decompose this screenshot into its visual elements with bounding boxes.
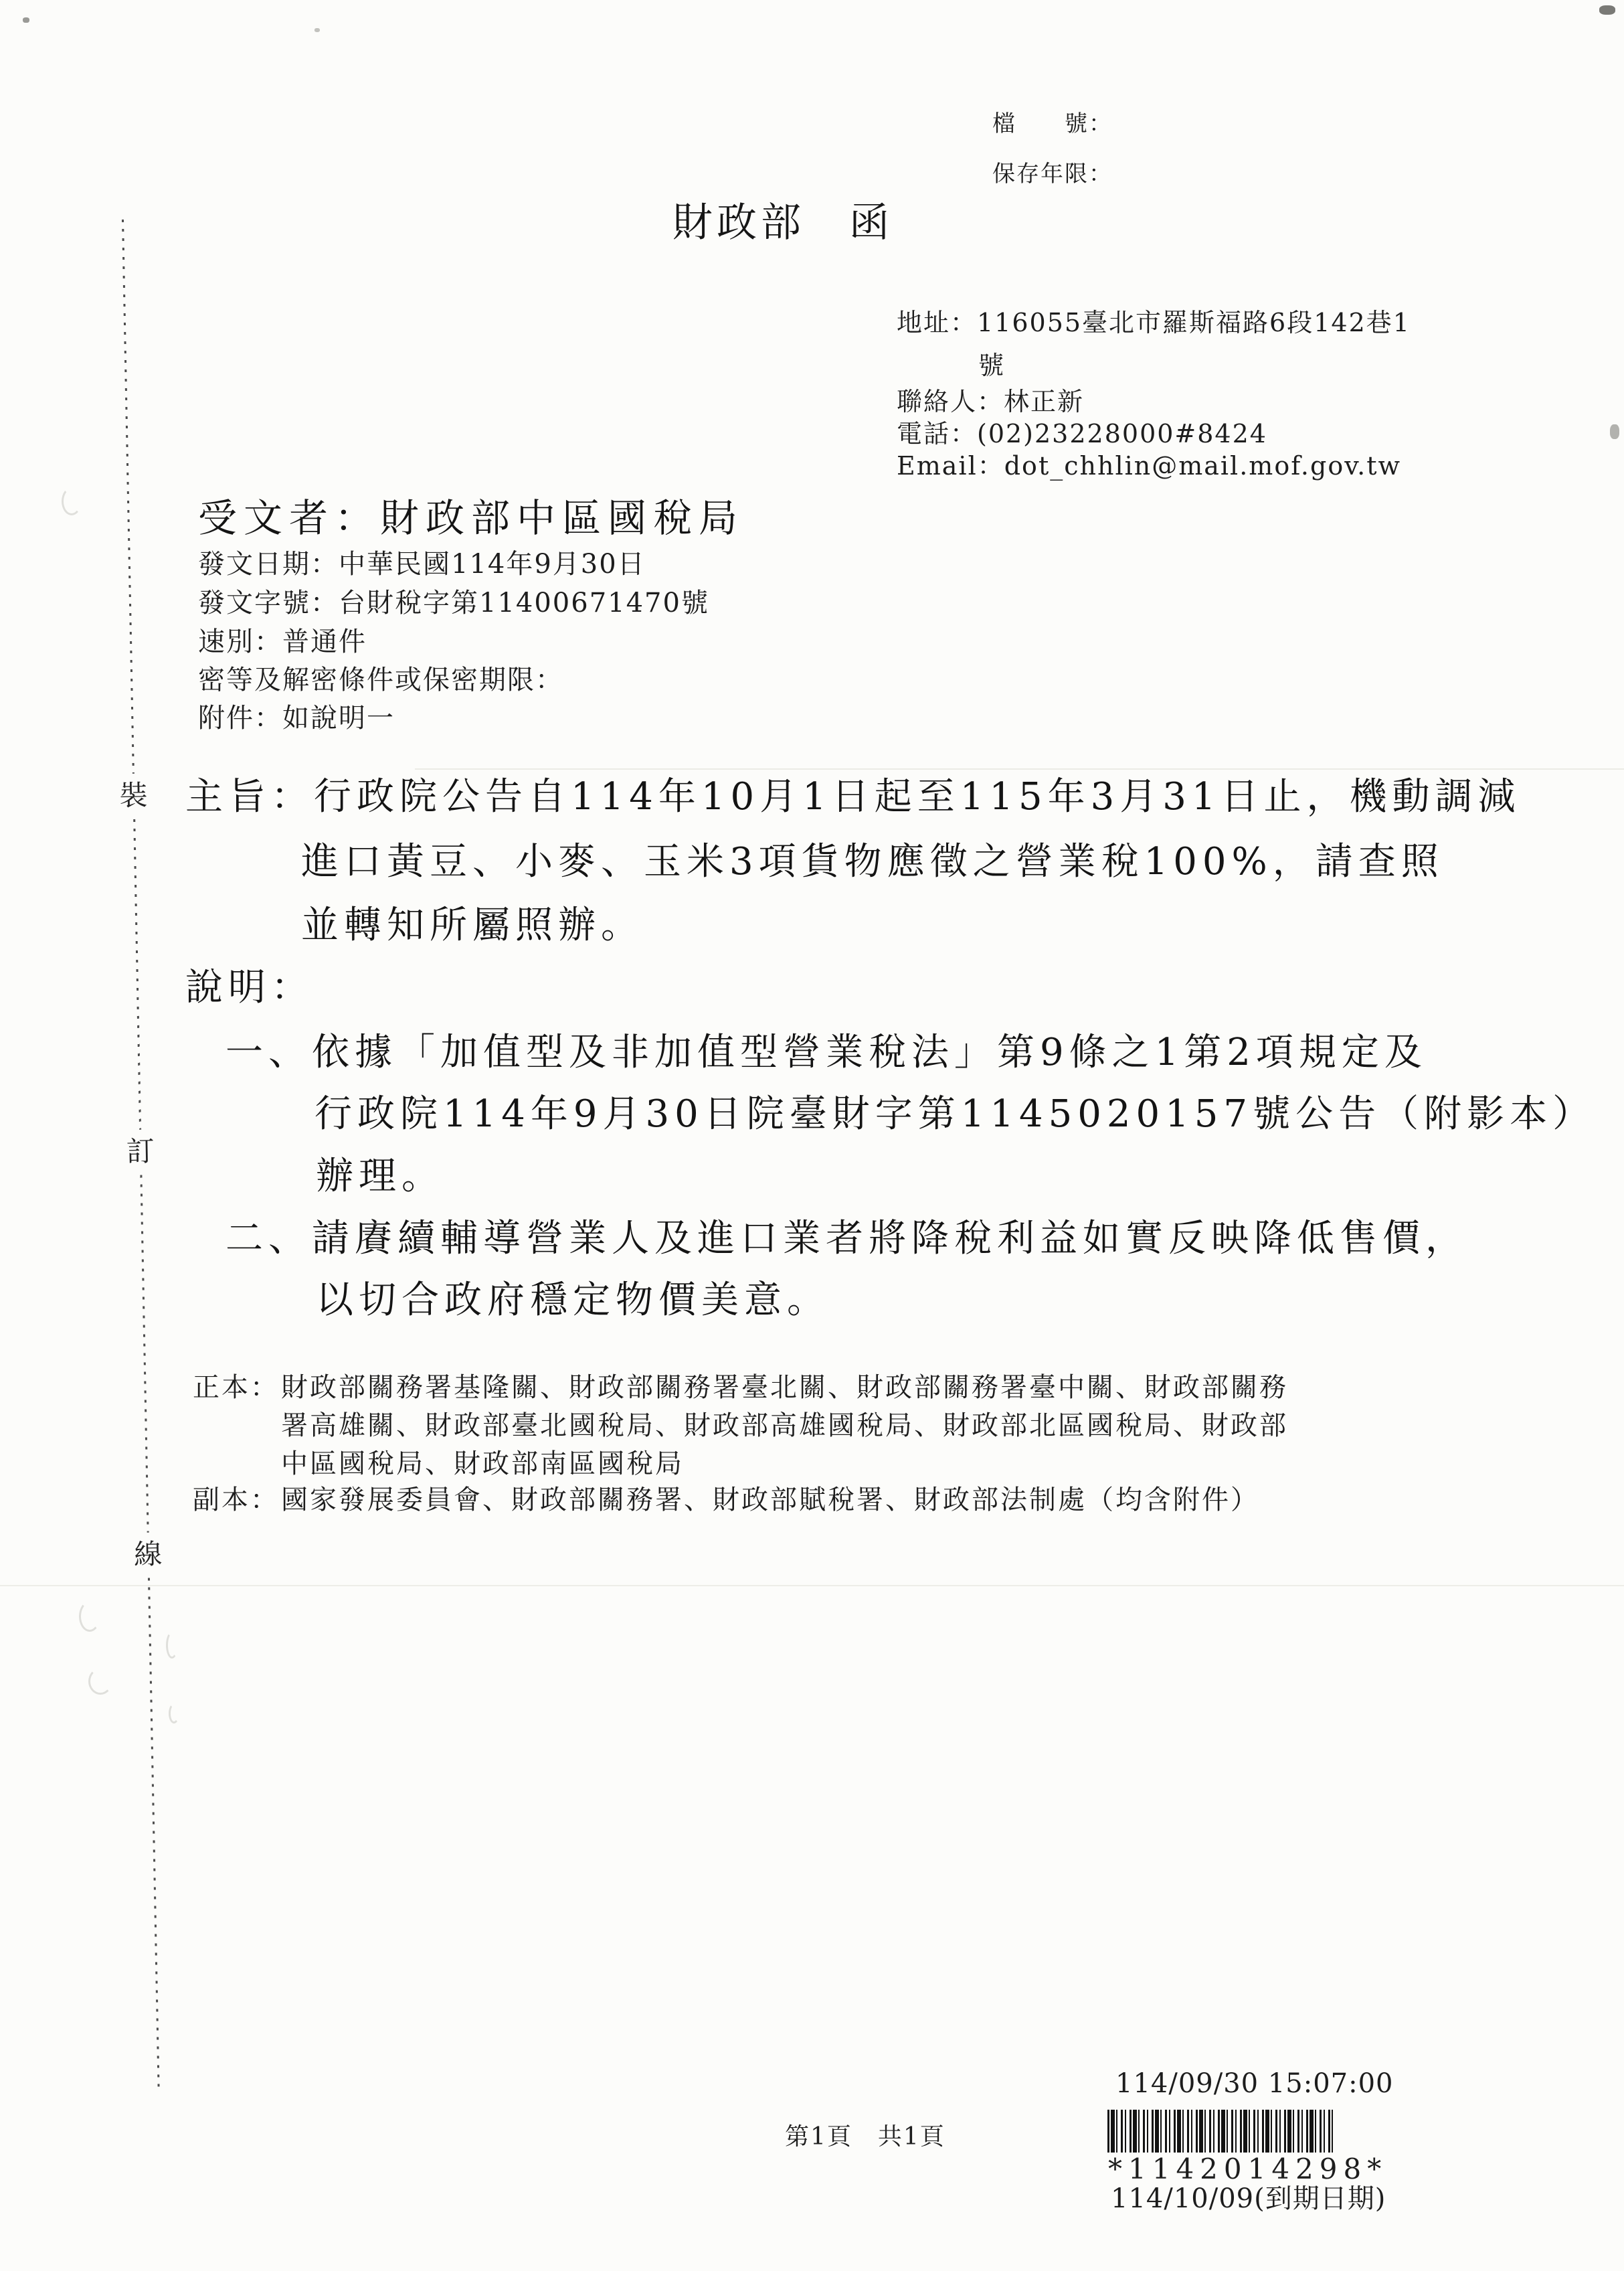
- recipient-line: 受文者：財政部中區國稅局: [198, 495, 744, 541]
- scan-artifact: [314, 28, 320, 32]
- original-copy-line: 中區國稅局、財政部南區國稅局: [281, 1448, 684, 1480]
- scan-fold-line: [0, 1585, 1624, 1586]
- stamp-datetime: 114/09/30 15:07:00: [1115, 2068, 1393, 2100]
- description-item2-line: 請賡續輔導營業人及進口業者將降稅利益如實反映降低售價，: [312, 1217, 1468, 1261]
- description-item1-line: 辦理。: [316, 1155, 444, 1199]
- carbon-copy-label: 副本：: [193, 1485, 279, 1516]
- scan-artifact: [166, 1632, 178, 1659]
- carbon-copy-line: 國家發展委員會、財政部關務署、財政部賦稅署、財政部法制處（均含附件）: [281, 1485, 1259, 1516]
- file-number-label: 檔 號：: [992, 110, 1113, 137]
- barcode-number: *1142014298*: [1108, 2153, 1387, 2186]
- sender-email: Email：dot_chhlin@mail.mof.gov.tw: [897, 451, 1401, 481]
- meta-issue-date: 發文日期：中華民國114年9月30日: [198, 549, 646, 580]
- subject-line: 並轉知所屬照辦。: [301, 904, 644, 948]
- scan-fold-line: [415, 768, 1624, 770]
- retention-period-label: 保存年限：: [992, 161, 1113, 187]
- document-title: 財政部 函: [672, 199, 893, 247]
- document-page: 裝 訂 線 檔 號： 保存年限： 財政部 函 地址：116055臺北市羅斯福路6…: [0, 0, 1624, 2271]
- subject-line: 主旨：行政院公告自114年10月1日起至115年3月31日止，機動調減: [185, 775, 1521, 819]
- scan-artifact: [79, 1601, 100, 1632]
- sender-contact: 聯絡人：林正新: [897, 387, 1084, 417]
- scan-artifact: [62, 487, 82, 515]
- binding-mark-zhuang: 裝: [118, 773, 149, 814]
- original-copy-line: 財政部關務署基隆關、財政部關務署臺北關、財政部關務署臺中關、財政部關務: [281, 1372, 1288, 1404]
- subject-line: 進口黃豆、小麥、玉米3項貨物應徵之營業稅100%，請查照: [301, 840, 1444, 884]
- scan-artifact: [1599, 5, 1615, 15]
- binding-mark-ding: 訂: [124, 1129, 156, 1170]
- original-copy-label: 正本：: [193, 1372, 279, 1404]
- expiry-date: 114/10/09(到期日期): [1111, 2183, 1386, 2215]
- description-item2-bullet: 二、: [225, 1217, 311, 1261]
- binding-margin: 裝 訂 線: [106, 220, 175, 2087]
- page-number: 第1頁 共1頁: [785, 2123, 945, 2151]
- scan-artifact: [1610, 424, 1619, 439]
- description-item1-line: 行政院114年9月30日院臺財字第1145020157號公告（附影本）: [314, 1092, 1595, 1137]
- binding-mark-xian: 線: [132, 1532, 164, 1573]
- meta-speed: 速別：普通件: [198, 626, 367, 658]
- barcode: [1107, 2110, 1333, 2153]
- sender-phone: 電話：(02)23228000#8424: [897, 419, 1267, 449]
- meta-security: 密等及解密條件或保密期限：: [198, 665, 563, 696]
- description-item2-line: 以切合政府穩定物價美意。: [316, 1278, 830, 1323]
- sender-address-line1: 地址：116055臺北市羅斯福路6段142巷1: [897, 308, 1411, 338]
- scan-artifact: [169, 1703, 179, 1723]
- description-item1-bullet: 一、: [225, 1031, 311, 1075]
- meta-attachment: 附件：如說明一: [198, 703, 395, 734]
- original-copy-line: 署高雄關、財政部臺北國稅局、財政部高雄國稅局、財政部北區國稅局、財政部: [281, 1410, 1288, 1442]
- scan-artifact: [88, 1668, 112, 1695]
- meta-doc-number: 發文字號：台財稅字第11400671470號: [198, 588, 709, 619]
- description-heading: 說明：: [185, 966, 314, 1010]
- scan-artifact: [23, 17, 29, 23]
- sender-address-line2: 號: [978, 351, 1005, 381]
- description-item1-line: 依據「加值型及非加值型營業稅法」第9條之1第2項規定及: [312, 1031, 1427, 1075]
